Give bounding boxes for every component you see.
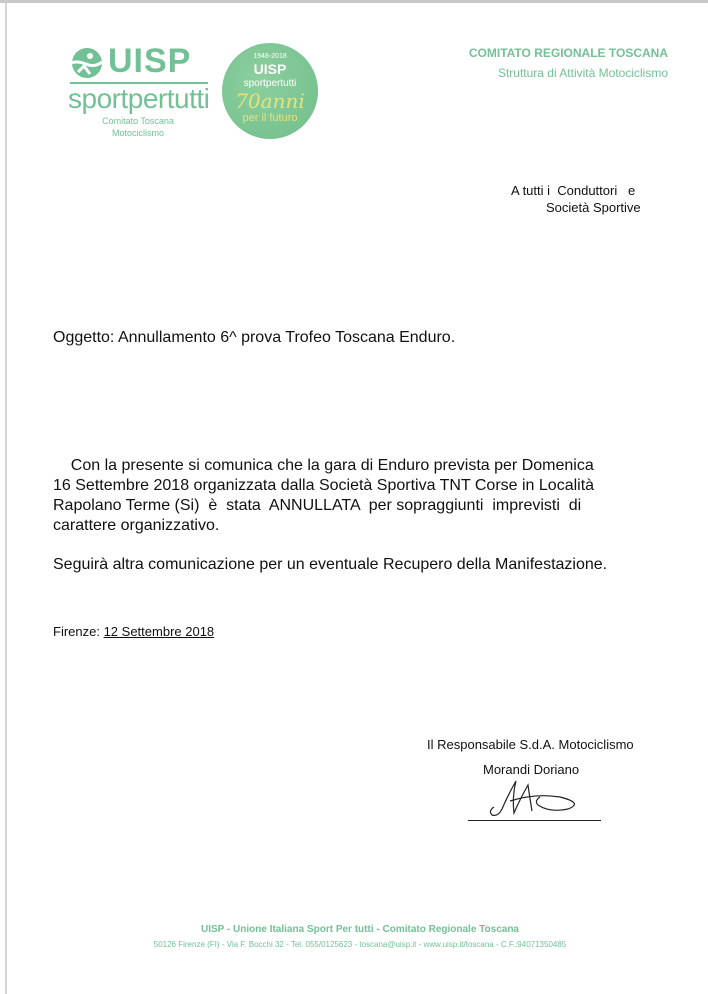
letter-subject: Oggetto: Annullamento 6^ prova Trofeo To… [53, 329, 455, 347]
body-line: Con la presente si comunica che la gara … [53, 456, 643, 476]
handwritten-signature-icon [480, 775, 590, 819]
letter-date: Firenze: 12 Settembre 2018 [53, 624, 214, 639]
header-organization: COMITATO REGIONALE TOSCANA [469, 46, 668, 60]
logo-subtitle-sport: Motociclismo [66, 128, 210, 138]
badge-anniversary: 70anni [222, 89, 318, 113]
footer-organization: UISP - Unione Italiana Sport Per tutti -… [0, 924, 708, 935]
body-line: Rapolano Terme (Si) è stata ANNULLATA pe… [53, 496, 643, 516]
recipients-line-1: A tutti i Conduttori e [511, 183, 635, 198]
runner-logo-icon [66, 46, 104, 80]
page-top-edge [0, 0, 708, 3]
header-unit: Struttura di Attività Motociclismo [498, 66, 668, 80]
badge-brand: UISP [222, 61, 318, 77]
logo-brand: UISP [108, 42, 191, 80]
footer-contacts: 50126 Firenze (FI) - Via F. Bocchi 32 - … [0, 940, 708, 949]
letter-body: Con la presente si comunica che la gara … [53, 456, 643, 536]
logo-subtitle-committee: Comitato Toscana [66, 116, 210, 126]
anniversary-badge: 1948-2018 UISP sportpertutti 70anni per … [222, 43, 318, 139]
uisp-logo: UISP sportpertutti Comitato Toscana Moto… [66, 42, 210, 138]
recipients-line-2: Società Sportive [546, 200, 641, 215]
logo-tagline: sportpertutti [68, 82, 209, 116]
signature-line [468, 820, 601, 821]
letter-followup: Seguirà altra comunicazione per un event… [53, 556, 607, 574]
body-line: carattere organizzativo. [53, 516, 643, 536]
signatory-role: Il Responsabile S.d.A. Motociclismo [427, 737, 634, 752]
badge-tagline: sportpertutti [222, 78, 318, 89]
page-left-edge [5, 3, 7, 994]
body-line: 16 Settembre 2018 organizzata dalla Soci… [53, 476, 643, 496]
badge-years: 1948-2018 [222, 53, 318, 60]
date-value: 12 Settembre 2018 [104, 624, 215, 639]
date-place: Firenze: [53, 624, 104, 639]
badge-motto: per il futuro [222, 112, 318, 124]
